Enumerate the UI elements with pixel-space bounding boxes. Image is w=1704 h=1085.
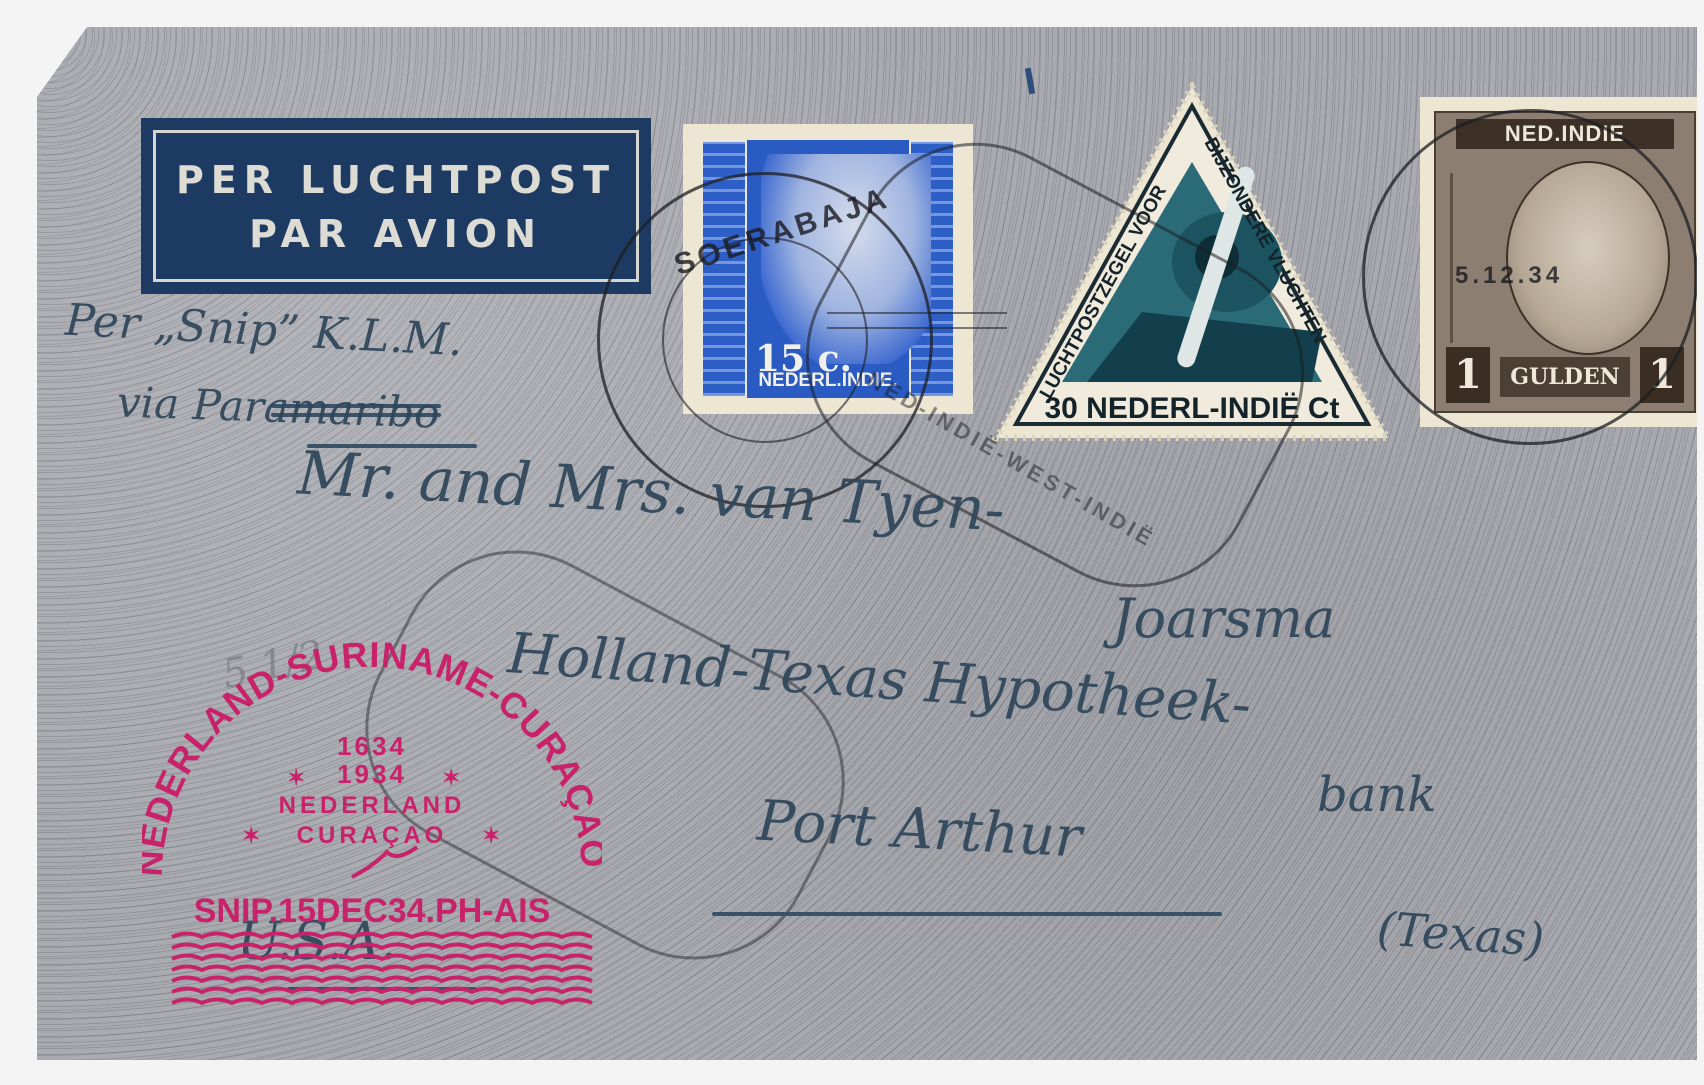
svg-text:1634: 1634 <box>337 731 407 761</box>
address-line-6: (Texas) <box>1375 901 1546 967</box>
handwritten-routing-1: Per „Snip” K.L.M. <box>64 295 464 367</box>
stamp-value-right: 1 <box>1640 347 1684 403</box>
airmail-label-line1: PER LUCHTPOST <box>141 158 651 202</box>
stamp-value-left: 1 <box>1446 347 1490 403</box>
stamp-design: NED.INDIE 1 GULDEN 1 <box>1434 111 1696 413</box>
svg-text:NEDERLAND: NEDERLAND <box>279 792 466 819</box>
address-line-4: bank <box>1317 767 1436 823</box>
palm-tree-icon <box>1450 173 1513 343</box>
stamp-denomination: GULDEN <box>1500 357 1630 397</box>
airmail-label-line2: PAR AVION <box>141 212 651 256</box>
svg-text:✶: ✶ <box>482 823 500 848</box>
address-line-2: Joarsma <box>1112 587 1335 650</box>
cancel-bar <box>827 312 1007 314</box>
cancel-bar <box>827 327 1007 329</box>
ornament-border-left <box>701 140 747 398</box>
stamp-country: NED.INDIE <box>1456 119 1674 149</box>
svg-text:1934: 1934 <box>337 759 407 789</box>
stamp-1-gulden: NED.INDIE 1 GULDEN 1 <box>1420 97 1704 427</box>
svg-text:✶: ✶ <box>442 765 460 790</box>
cachet-graphic: NEDERLAND-SURINAME-CURAÇAO VLUCHT 1634 1… <box>142 637 602 1007</box>
flight-cachet: NEDERLAND-SURINAME-CURAÇAO VLUCHT 1634 1… <box>142 637 602 1007</box>
svg-text:✶: ✶ <box>287 765 305 790</box>
address-underline <box>712 912 1222 916</box>
queen-portrait-icon <box>1506 161 1670 355</box>
svg-text:SNIP.15DEC34.PH-AIS: SNIP.15DEC34.PH-AIS <box>194 892 551 930</box>
airmail-label: PER LUCHTPOST PAR AVION <box>141 118 651 294</box>
envelope: PER LUCHTPOST PAR AVION 15 c. NEDERL.IND… <box>37 27 1697 1060</box>
svg-text:✶: ✶ <box>242 823 260 848</box>
svg-text:CURAÇAO: CURAÇAO <box>297 822 448 849</box>
handwritten-routing-2: via Paramaribo <box>116 377 440 437</box>
airmail-label-border <box>153 130 639 282</box>
